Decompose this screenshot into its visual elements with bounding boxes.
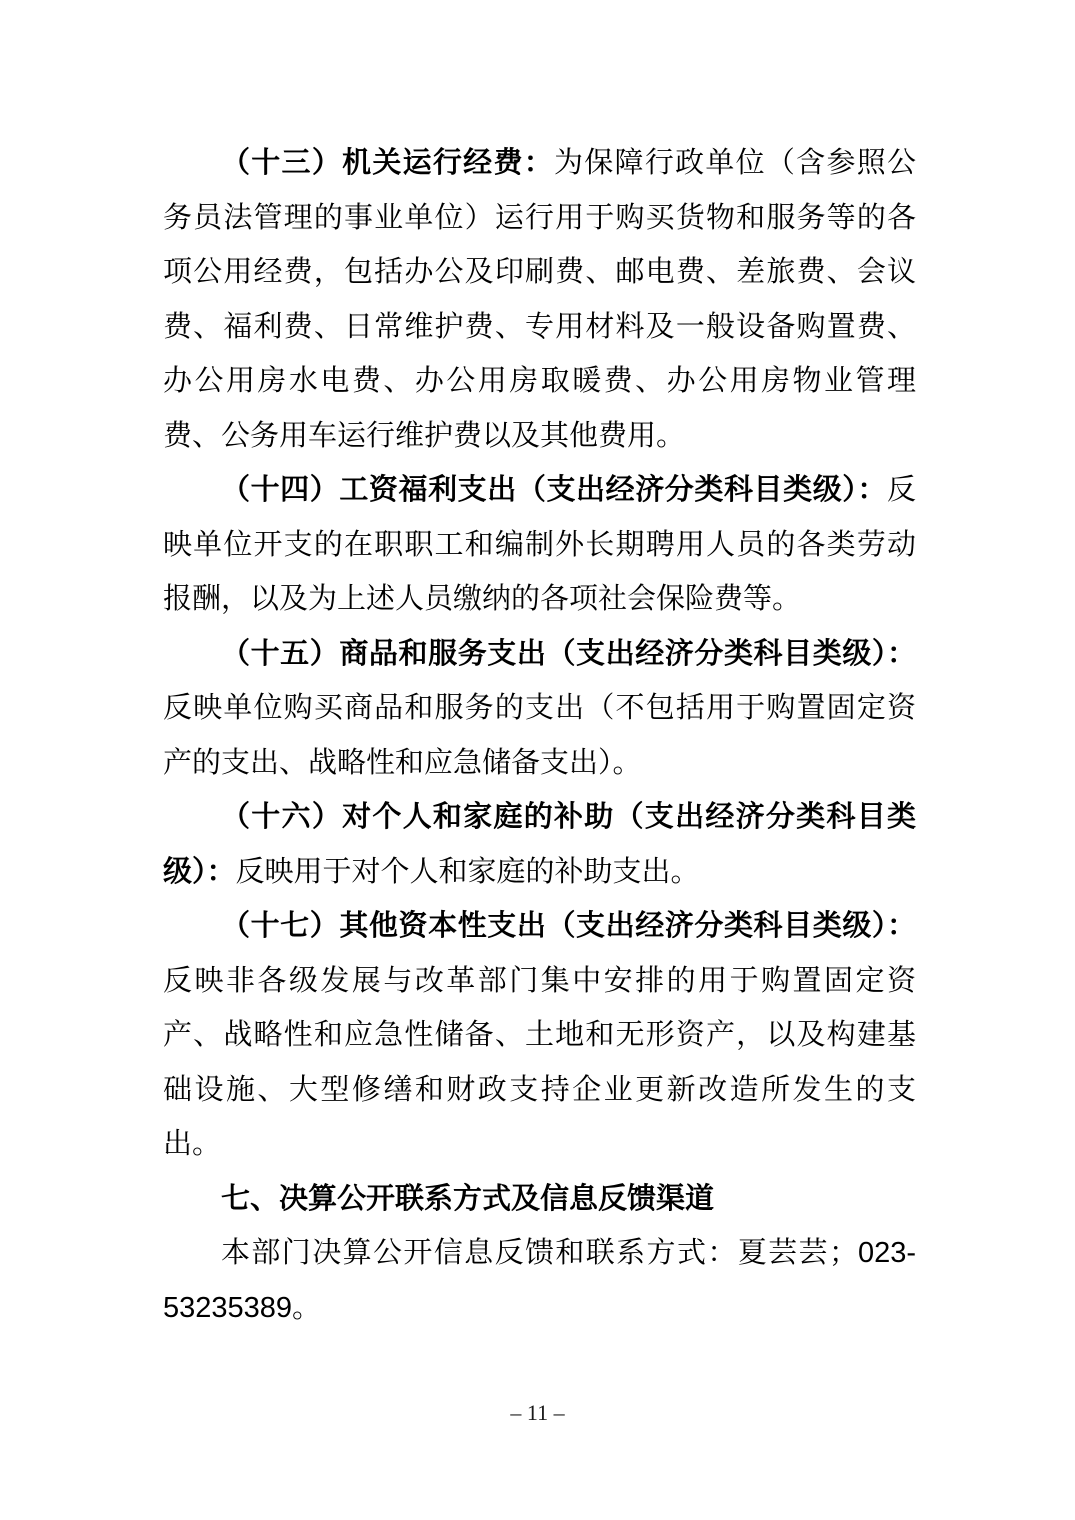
paragraph: （十六）对个人和家庭的补助（支出经济分类科目类级）：反映用于对个人和家庭的补助支…: [163, 790, 916, 899]
text-run: （十四）工资福利支出（支出经济分类科目类级）：: [221, 474, 887, 506]
text-run: 为保障行政单位（含参照公务员法管理的事业单位）运行用于购买货物和服务等的各项公用…: [163, 147, 916, 452]
text-run: （十三）机关运行经费：: [221, 147, 554, 179]
document-body: （十三）机关运行经费：为保障行政单位（含参照公务员法管理的事业单位）运行用于购买…: [163, 136, 916, 1335]
paragraph: （十五）商品和服务支出（支出经济分类科目类级）：反映单位购买商品和服务的支出（不…: [163, 627, 916, 791]
paragraph: （十七）其他资本性支出（支出经济分类科目类级）：反映非各级发展与改革部门集中安排…: [163, 899, 916, 1172]
paragraph: （十三）机关运行经费：为保障行政单位（含参照公务员法管理的事业单位）运行用于购买…: [163, 136, 916, 463]
text-run: 七、决算公开联系方式及信息反馈渠道: [221, 1183, 714, 1215]
section-heading: 七、决算公开联系方式及信息反馈渠道: [163, 1172, 916, 1227]
paragraph: 本部门决算公开信息反馈和联系方式：夏芸芸；023-53235389。: [163, 1226, 916, 1335]
text-run: （十七）其他资本性支出（支出经济分类科目类级）：: [221, 910, 916, 942]
text-run: 反映非各级发展与改革部门集中安排的用于购置固定资产、战略性和应急性储备、土地和无…: [163, 965, 916, 1161]
text-run: 。: [292, 1292, 321, 1324]
text-run: 反映单位购买商品和服务的支出（不包括用于购置固定资产的支出、战略性和应急储备支出…: [163, 692, 916, 779]
paragraph: （十四）工资福利支出（支出经济分类科目类级）：反映单位开支的在职职工和编制外长期…: [163, 463, 916, 627]
text-run: 反映用于对个人和家庭的补助支出。: [236, 856, 700, 888]
text-run: （十五）商品和服务支出（支出经济分类科目类级）：: [221, 638, 916, 670]
document-page: （十三）机关运行经费：为保障行政单位（含参照公务员法管理的事业单位）运行用于购买…: [0, 0, 1075, 1520]
text-run: 本部门决算公开信息反馈和联系方式：夏芸芸；: [221, 1237, 858, 1269]
page-number: – 11 –: [0, 1400, 1075, 1426]
